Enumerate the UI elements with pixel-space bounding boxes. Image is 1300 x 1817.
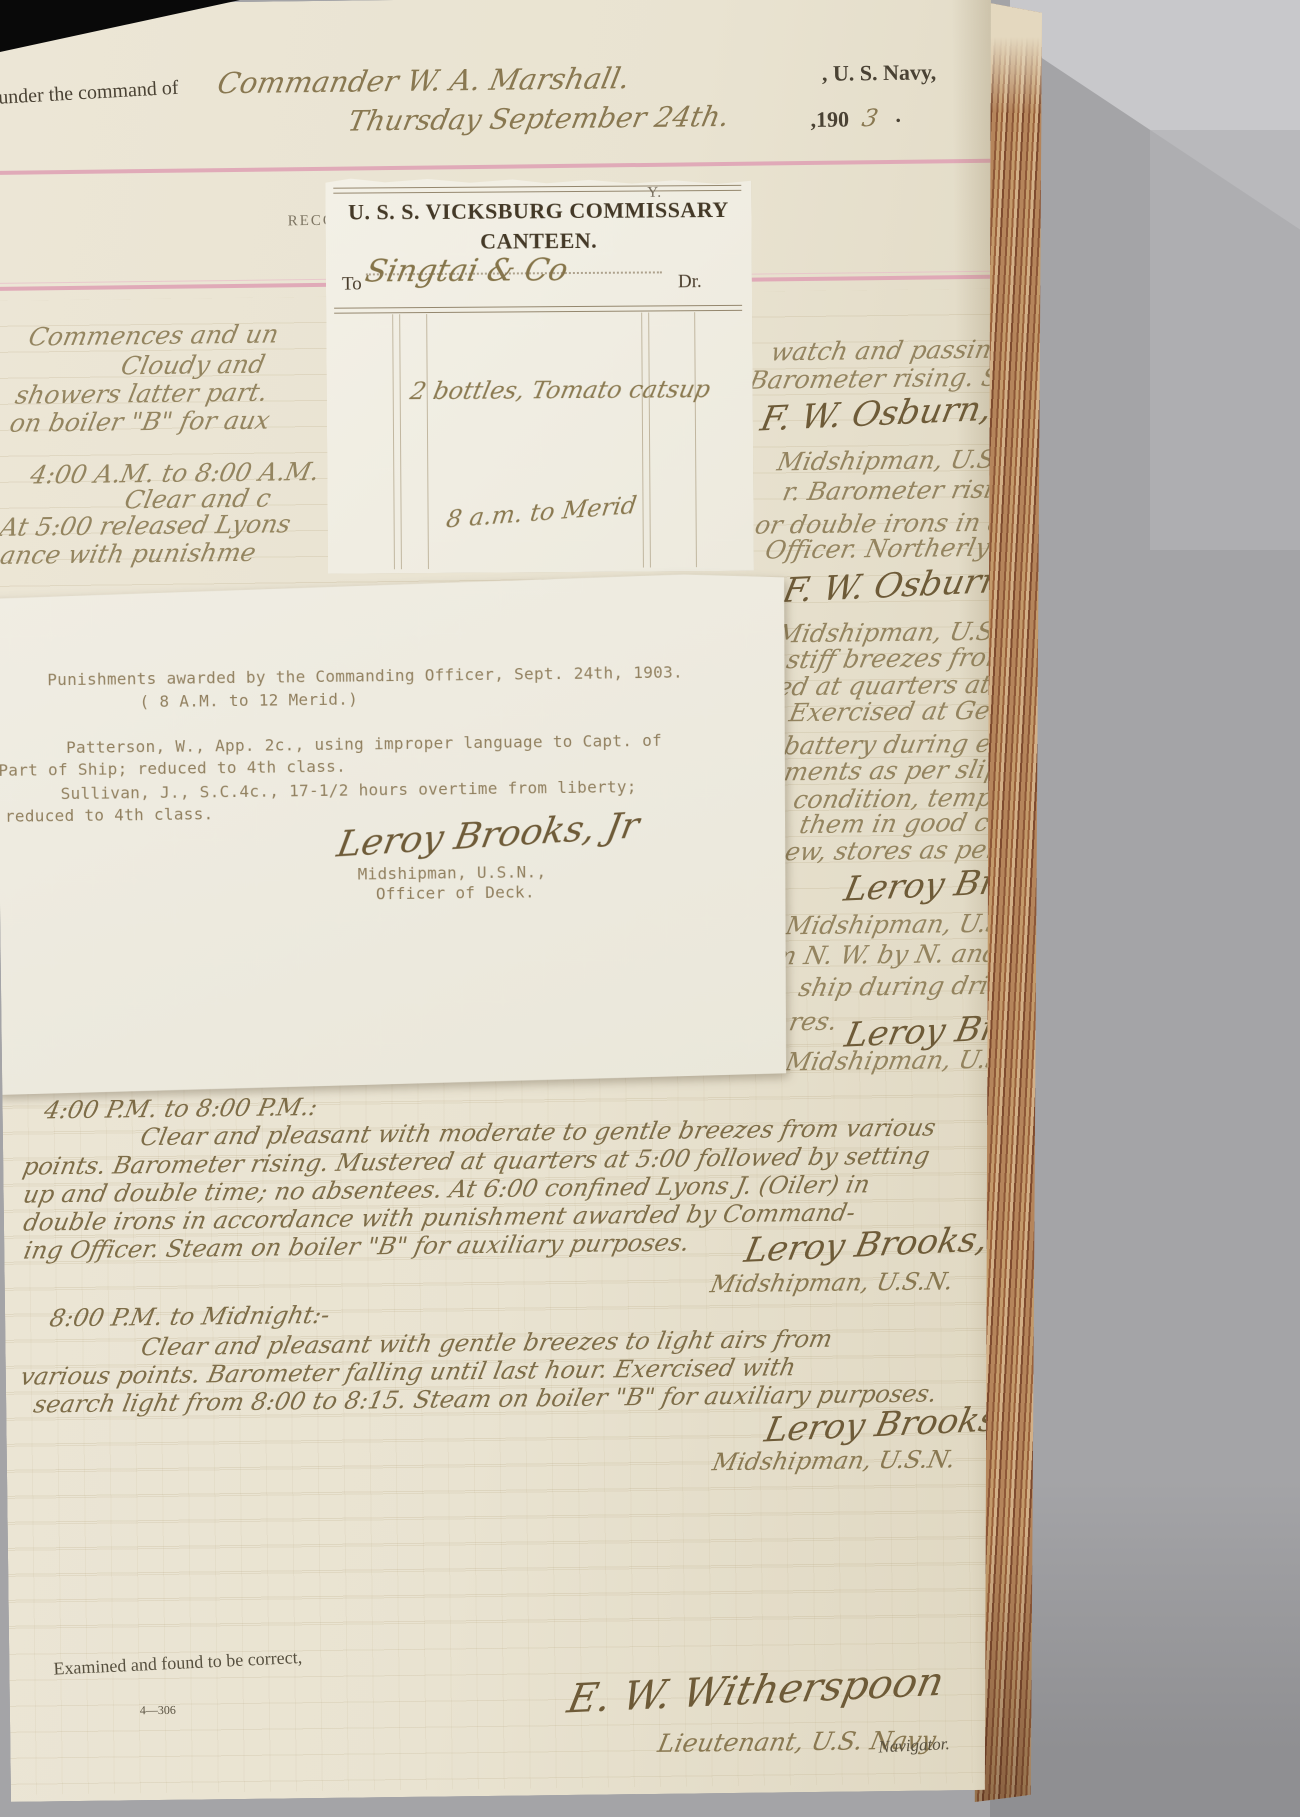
handwritten-year-digit: 3 (860, 104, 881, 132)
log-fragment-right: stiff breezes from (784, 642, 1013, 674)
memo-title-line2: ( 8 A.M. to 12 Merid.) (139, 689, 358, 711)
slip-column-line (392, 314, 395, 569)
logbook-page: under the command of Commander W. A. Mar… (0, 0, 1013, 1802)
memo-signature-title: Midshipman, U.S.N., (358, 862, 547, 883)
navigator-label: Navigator. (878, 1734, 950, 1757)
examined-statement: Examined and found to be correct, (53, 1647, 303, 1680)
slip-column-line (648, 312, 651, 567)
scanner-background-band (1150, 130, 1300, 550)
slip-rule (334, 310, 742, 314)
log-fragment-left: Cloudy and (119, 350, 268, 381)
osburn-signature: F. W. Osburn, (757, 389, 995, 440)
printed-command-prefix: under the command of (0, 77, 179, 110)
log-fragment-right: r. Barometer rising. (780, 474, 1013, 506)
log-fragment-right: Midshipman, U.S.N. (775, 444, 1013, 476)
memo-entry2-line2: reduced to 4th class. (5, 804, 214, 826)
slip-dr-label: Dr. (678, 271, 702, 293)
slip-payee-handwritten: Singtai & Co (362, 252, 571, 289)
handwritten-commander-name: Commander W. A. Marshall. (215, 61, 633, 100)
printed-navy-suffix: , U. S. Navy, (822, 59, 937, 86)
log-fragment-left: ance with punishme (0, 538, 259, 570)
log-fragment-right: watch and passing (768, 335, 1010, 367)
slip-column-line (694, 312, 697, 567)
punishment-memo: Punishments awarded by the Commanding Of… (0, 573, 796, 1099)
entry2-signature-title: Midshipman, U.S.N. (710, 1445, 958, 1476)
memo-signature-role: Officer of Deck. (376, 882, 535, 903)
log-fragment-right: ew, stores as per slip. (783, 834, 1013, 866)
pink-rule-top (0, 159, 993, 175)
log-fragment-right: ments as per slip. (782, 755, 1012, 787)
log-fragment-right: Exercised at General (787, 695, 1013, 727)
printed-year-prefix: ,190 (810, 106, 849, 132)
slip-time-note-handwritten: 8 a.m. to Merid (445, 491, 639, 533)
slip-rule (334, 305, 742, 309)
form-number: 4—306 (140, 1703, 176, 1718)
log-fragment-right: Barometer rising. Steam (747, 362, 1013, 395)
entry2-heading: 8:00 P.M. to Midnight:- (47, 1301, 332, 1332)
slip-item-handwritten: 2 bottles, Tomato catsup (408, 375, 713, 405)
entry1-signature-title: Midshipman, U.S.N. (708, 1267, 956, 1298)
slip-title-line1: U. S. S. VICKSBURG COMMISSARY (325, 197, 751, 226)
commissary-canteen-slip: U. S. S. VICKSBURG COMMISSARY CANTEEN. T… (325, 175, 754, 574)
slip-rule (333, 185, 741, 189)
slip-column-line (426, 314, 429, 569)
slip-column-line (399, 314, 402, 569)
witherspoon-signature: E. W. Witherspoon (564, 1659, 948, 1723)
log-fragment-left: showers latter part. (13, 378, 270, 410)
record-header-fragment-right: Y. (647, 185, 662, 202)
log-fragment-left: Commences and un (26, 319, 281, 351)
osburn-signature: F. W. Osburn (779, 561, 1006, 611)
printed-period: . (895, 102, 901, 128)
log-fragment-right: Midshipman, U.S.N. (783, 1044, 1013, 1076)
scanner-shadow (990, 1480, 1300, 1817)
handwritten-date: Thursday September 24th. (345, 100, 732, 138)
log-fragment-right: ship during drill (796, 971, 1007, 1003)
log-fragment-right: them in good con- (797, 807, 1013, 839)
slip-to-label: To (342, 273, 362, 295)
log-fragment-right: Officer. Northerly ground (763, 532, 1013, 565)
log-fragment-right: Midshipman, U.S.N. (783, 908, 1012, 940)
slip-column-line (641, 313, 644, 568)
log-fragment-left: on boiler "B" for aux (7, 406, 272, 438)
slip-rule (333, 190, 741, 194)
